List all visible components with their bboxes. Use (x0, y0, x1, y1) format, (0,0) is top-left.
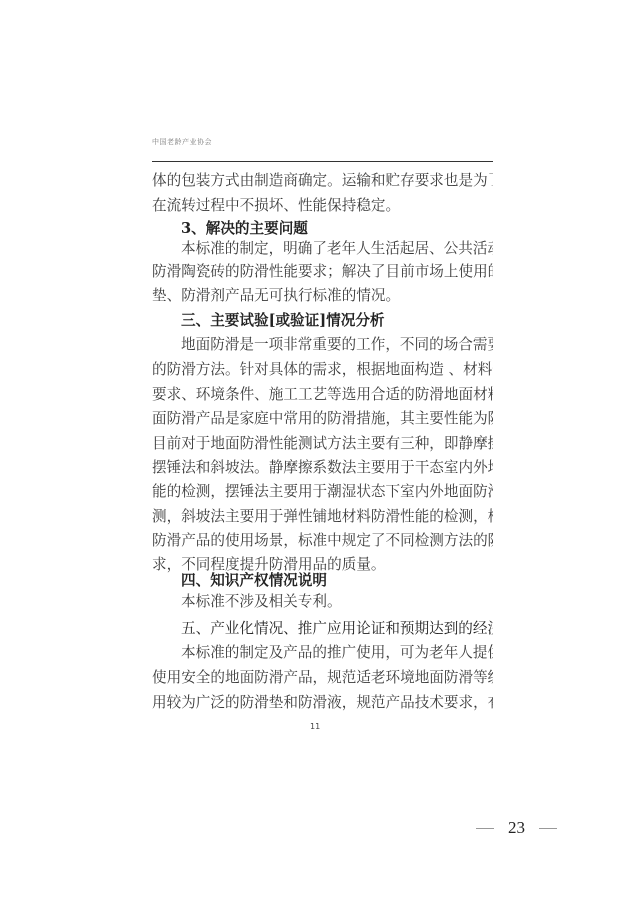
text-line: 本标准的制定，明确了老年人生活起居、公共活动空间地面 (181, 239, 493, 259)
section-heading: 四、知识产权情况说明 (181, 571, 493, 591)
left-dash (476, 828, 494, 829)
page-header-org: 中国老龄产业协会 (152, 137, 212, 147)
text-line: 测，斜坡法主要用于弹性铺地材料防滑性能的检测，根据老年人 (152, 507, 493, 527)
text-line: 的防滑方法。针对具体的需求，根据地面构造 、材料性能、防滑 (152, 360, 493, 380)
header-divider (152, 161, 493, 162)
text-line: 地面防滑是一项非常重要的工作，不同的场合需要选择不同 (181, 335, 493, 355)
text-line: 本标准的制定及产品的推广使用，可为老年人提供质量可靠、 (181, 643, 493, 663)
text-line: 体的包装方式由制造商确定。运输和贮存要求也是为了确保产品 (152, 171, 493, 191)
section-heading: 五、产业化情况、推广应用论证和预期达到的经济效果 (181, 619, 493, 639)
page-number: 23 (508, 818, 525, 838)
text-line: 能的检测，摆锤法主要用于潮湿状态下室内外地面防滑性能的检 (152, 482, 493, 502)
text-line: 本标准不涉及相关专利。 (181, 592, 493, 612)
section-heading: 三、主要试验[或验证]情况分析 (181, 311, 493, 331)
text-line: 防滑产品的使用场景，标准中规定了不同检测方法的防滑性能要 (152, 531, 493, 551)
page-number-footer: 23 (476, 818, 557, 838)
right-dash (539, 828, 557, 829)
text-line: 垫、防滑剂产品无可执行标准的情况。 (152, 286, 493, 306)
inner-page-number: 11 (310, 722, 320, 731)
text-line: 要求、环境条件、施工工艺等选用合适的防滑地面材料。家用地 (152, 385, 493, 405)
section-heading: 3、解决的主要问题 (181, 219, 493, 239)
text-line: 防滑陶瓷砖的防滑性能要求；解决了目前市场上使用的 PVC 防滑 (152, 262, 493, 282)
text-line: 面防滑产品是家庭中常用的防滑措施，其主要性能为防滑性能， (152, 409, 493, 429)
text-line: 使用安全的地面防滑产品，规范适老环境地面防滑等级。针对使 (152, 668, 493, 688)
text-line: 目前对于地面防滑性能测试方法主要有三种，即静摩擦系数法、 (152, 434, 493, 454)
text-line: 用较为广泛的防滑垫和防滑液，规范产品技术要求，有利于产 (152, 693, 493, 713)
text-line: 在流转过程中不损坏、性能保持稳定。 (152, 196, 493, 216)
text-line: 摆锤法和斜坡法。静摩擦系数法主要用于干态室内外地面防滑性 (152, 458, 493, 478)
